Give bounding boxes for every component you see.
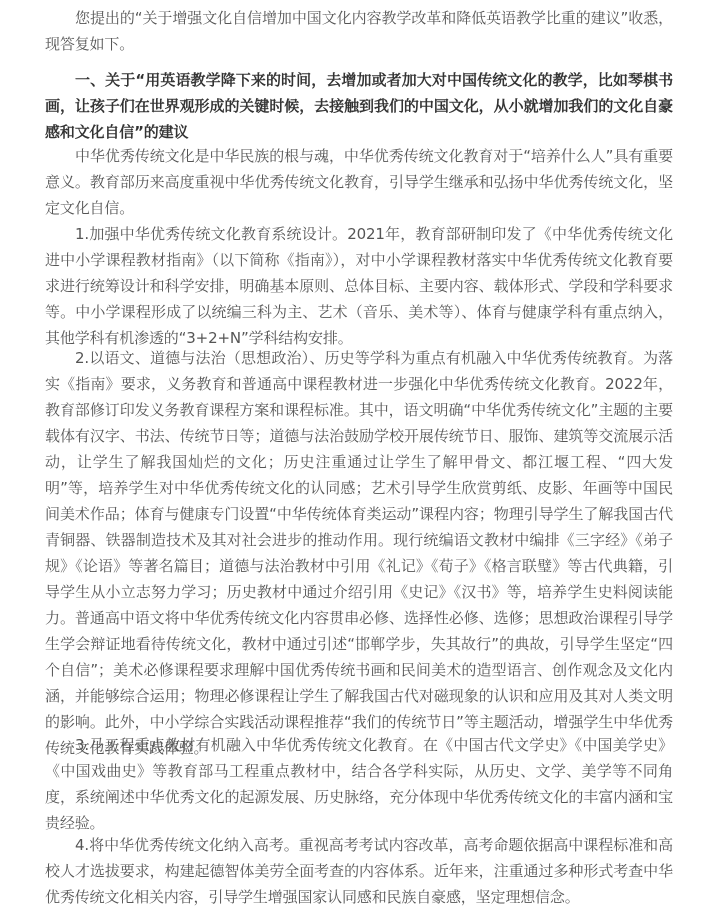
paragraph-item-2: 2.以语文、道德与法治（思想政治）、历史等学科为重点有机融入中华优秀传统教育。为… <box>45 345 673 761</box>
article-body: 您提出的“关于增强文化自信增加中国文化内容教学改革和降低英语教学比重的建议”收悉… <box>0 0 714 924</box>
paragraph-overview: 中华优秀传统文化是中华民族的根与魂，中华优秀传统文化教育对于“培养什么人”具有重… <box>45 143 673 221</box>
section-heading: 一、关于“用英语教学降下来的时间，去增加或者加大对中国传统文化的教学，比如琴棋书… <box>45 67 673 145</box>
intro-paragraph: 您提出的“关于增强文化自信增加中国文化内容教学改革和降低英语教学比重的建议”收悉… <box>45 5 673 57</box>
paragraph-item-3: 3.马工程重点教材有机融入中华优秀传统文化教育。在《中国古代文学史》《中国美学史… <box>45 732 673 836</box>
paragraph-item-4: 4.将中华优秀传统文化纳入高考。重视高考考试内容改革，高考命题依据高中课程标准和… <box>45 832 673 910</box>
paragraph-item-1: 1.加强中华优秀传统文化教育系统设计。2021年，教育部研制印发了《中华优秀传统… <box>45 221 673 351</box>
